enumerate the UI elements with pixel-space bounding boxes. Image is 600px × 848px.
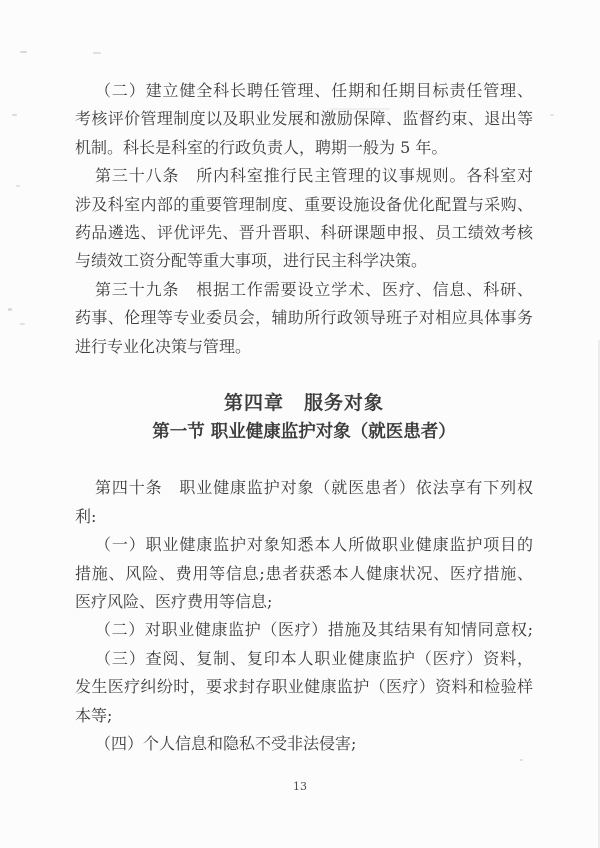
text-line: （二）对职业健康监护（医疗）措施及其结果有知情同意权; (75, 616, 533, 644)
section-heading: 第一节 职业健康监护对象（就医患者） (75, 418, 533, 446)
text-line: 药品遴选、评优评先、晋升晋职、科研课题申报、员工绩效考核 (75, 219, 533, 247)
scan-artifact (20, 323, 25, 325)
scan-artifact (520, 759, 523, 761)
text-line: 发生医疗纠纷时，要求封存职业健康监护（医疗）资料和检验样 (75, 673, 533, 701)
scan-artifact (550, 114, 554, 116)
text-line: 第三十九条 根据工作需要设立学术、医疗、信息、科研、 (75, 276, 533, 304)
text-block: （二）建立健全科长聘任管理、任期和任期目标责任管理、 考核评价管理制度以及职业发… (75, 77, 533, 758)
text-line: 考核评价管理制度以及职业发展和激励保障、监督约束、退出等 (75, 105, 533, 133)
text-line: （四）个人信息和隐私不受非法侵害; (75, 730, 533, 758)
text-line: 与绩效工资分配等重大事项，进行民主科学决策。 (75, 247, 533, 275)
page-number: 13 (0, 780, 600, 793)
text-line: 第四十条 职业健康监护对象（就医患者）依法享有下列权 (75, 474, 533, 502)
text-line: 进行专业化决策与管理。 (75, 333, 533, 361)
chapter-heading: 第四章 服务对象 (75, 389, 533, 417)
scan-artifact (16, 185, 20, 187)
text-line: 涉及科室内部的重要管理制度、重要设施设备优化配置与采购、 (75, 191, 533, 219)
document-page: （二）建立健全科长聘任管理、任期和任期目标责任管理、 考核评价管理制度以及职业发… (0, 0, 600, 848)
text-line: 第三十八条 所内科室推行民主管理的议事规则。各科室对 (75, 162, 533, 190)
text-line: 措施、风险、费用等信息;患者获悉本人健康状况、医疗措施、 (75, 560, 533, 588)
text-line: 医疗风险、医疗费用等信息; (75, 588, 533, 616)
text-line: 利: (75, 503, 533, 531)
text-line: 本等; (75, 702, 533, 730)
scan-artifact (20, 51, 27, 53)
scan-artifact (93, 52, 101, 54)
blank-line (75, 361, 533, 389)
text-line: 药事、伦理等专业委员会，辅助所行政领导班子对相应具体事务 (75, 304, 533, 332)
text-line: 机制。科长是科室的行政负责人，聘期一般为 5 年。 (75, 134, 533, 162)
text-line: （二）建立健全科长聘任管理、任期和任期目标责任管理、 (75, 77, 533, 105)
text-line: （一）职业健康监护对象知悉本人所做职业健康监护项目的 (75, 531, 533, 559)
blank-line (75, 446, 533, 474)
scan-artifact (8, 308, 12, 311)
scan-artifact (12, 114, 17, 116)
text-line: （三）查阅、复制、复印本人职业健康监护（医疗）资料， (75, 645, 533, 673)
